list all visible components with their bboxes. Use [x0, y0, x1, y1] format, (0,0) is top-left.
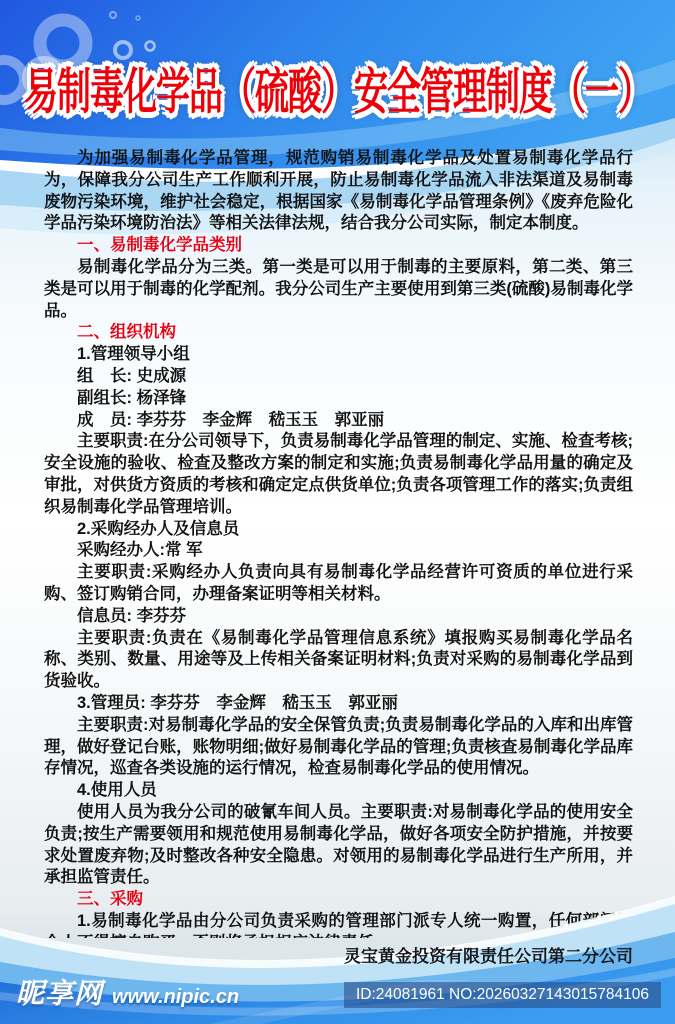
- image-id-badge: ID:24081961 NO:20260327143015784106: [344, 982, 661, 1008]
- paragraph: 主要职责:对易制毒化学品的安全保管负责;负责易制毒化学品的入库和出库管理，做好登…: [44, 715, 633, 780]
- paragraph: 4.使用人员: [44, 780, 633, 802]
- site-logo: 昵享网: [16, 972, 103, 1012]
- site-url: www.nipic.cn: [112, 986, 239, 1009]
- paragraph: 为加强易制毒化学品管理，规范购销易制毒化学品及处置易制毒化学品行为，保障我分公司…: [44, 148, 633, 235]
- document-content: 为加强易制毒化学品管理，规范购销易制毒化学品及处置易制毒化学品行为，保障我分公司…: [44, 148, 633, 938]
- paragraph: 主要职责:在分公司领导下，负责易制毒化学品管理的制定、实施、检查考核;安全设施的…: [44, 431, 633, 518]
- section-heading: 二、组织机构: [44, 322, 633, 344]
- paragraph: 3.管理员: 李芬芬 李金辉 嵇玉玉 郭亚丽: [44, 693, 633, 715]
- signature: 灵宝黄金投资有限责任公司第二分公司: [344, 942, 633, 967]
- paragraph: 主要职责:负责在《易制毒化学品管理信息系统》填报购买易制毒化学品名称、类别、数量…: [44, 628, 633, 693]
- site-brand: 昵享网 www.nipic.cn: [16, 972, 239, 1012]
- paragraph: 主要职责:采购经办人负责向具有易制毒化学品经营许可资质的单位进行采购、签订购销合…: [44, 562, 633, 606]
- section-heading: 一、易制毒化学品类别: [44, 235, 633, 257]
- paragraph: 组 长: 史成源: [44, 366, 633, 388]
- paragraph: 2.采购经办人及信息员: [44, 519, 633, 541]
- poster-title: 易制毒化学品（硫酸）安全管理制度（一）: [0, 52, 675, 123]
- paragraph: 使用人员为我分公司的破氰车间人员。主要职责:对易制毒化学品的使用安全负责;按生产…: [44, 802, 633, 889]
- paragraph: 1.管理领导小组: [44, 344, 633, 366]
- paragraph: 采购经办人:常 军: [44, 540, 633, 562]
- paragraph: 易制毒化学品分为三类。第一类是可以用于制毒的主要原料，第二类、第三类是可以用于制…: [44, 257, 633, 322]
- paragraph: 成 员: 李芬芬 李金辉 嵇玉玉 郭亚丽: [44, 410, 633, 432]
- poster: 易制毒化学品（硫酸）安全管理制度（一） 为加强易制毒化学品管理，规范购销易制毒化…: [0, 0, 675, 1024]
- paragraph: 副组长: 杨泽锋: [44, 388, 633, 410]
- paragraph: 信息员: 李芬芬: [44, 606, 633, 628]
